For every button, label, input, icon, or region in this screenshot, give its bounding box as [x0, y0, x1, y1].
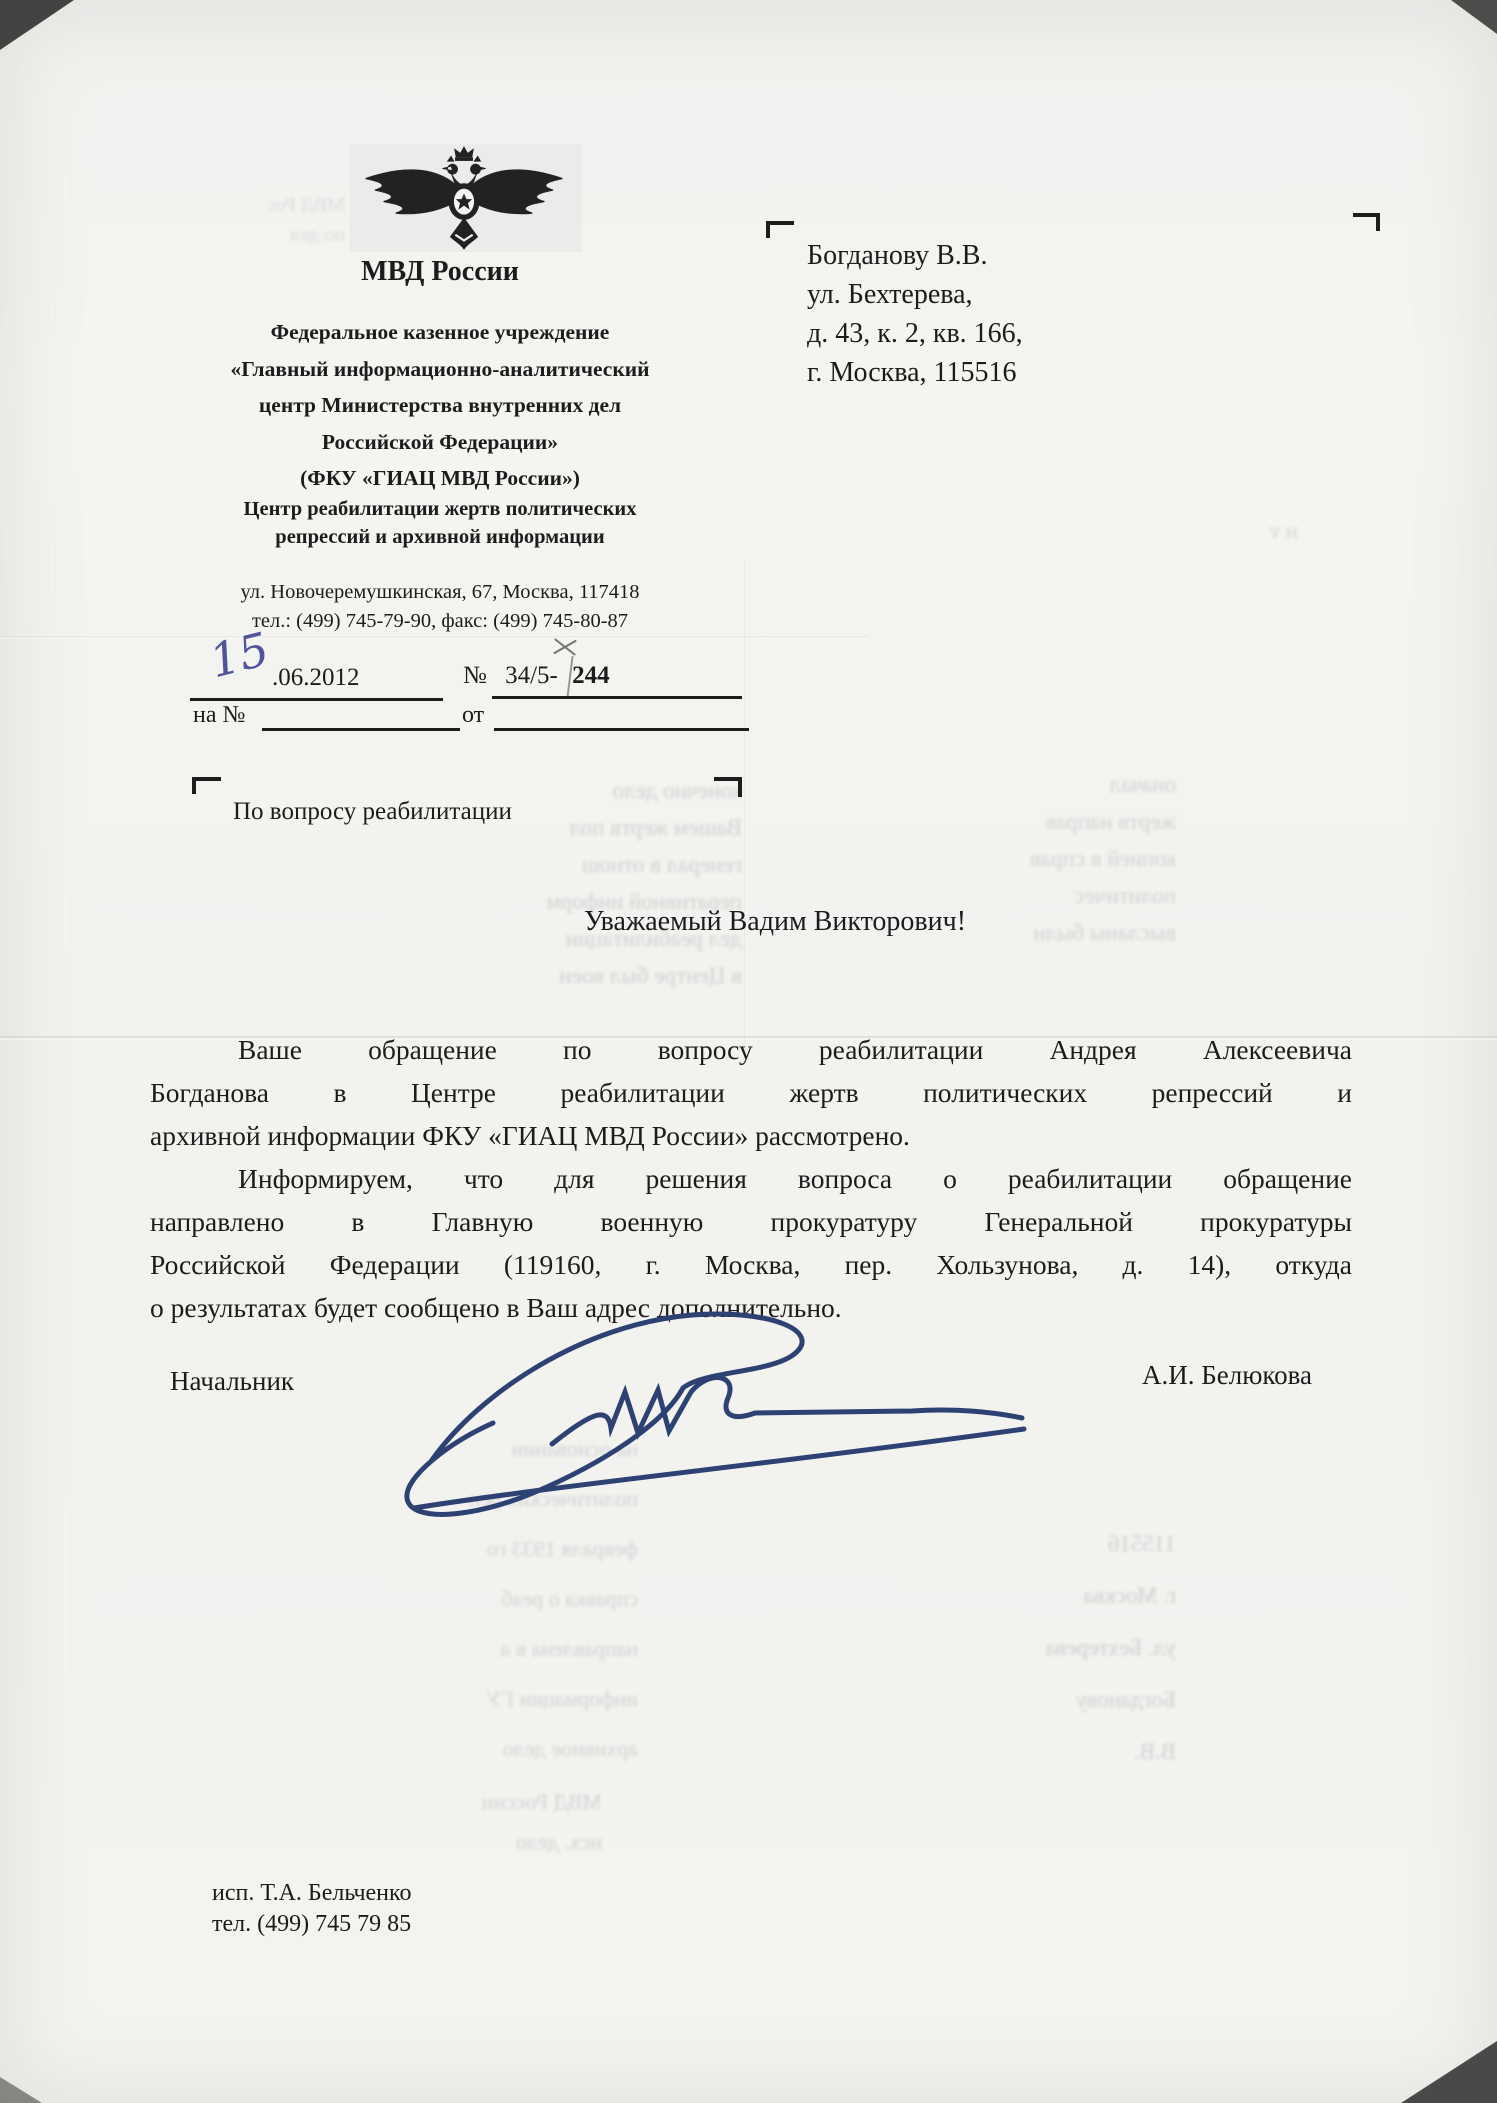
body-line: Ваше обращение по вопросу реабилитации А…	[150, 1028, 1352, 1071]
recipient-building: д. 43, к. 2, кв. 166,	[807, 314, 1023, 353]
number-underline	[492, 666, 742, 699]
recipient-street: ул. Бехтерева,	[807, 275, 1023, 314]
reply-date-underline	[494, 698, 749, 731]
body-line: Богданова в Центре реабилитации жертв по…	[150, 1071, 1352, 1114]
bleedthrough-text: МВД Роспо дел	[165, 190, 345, 250]
executor-block: исп. Т.А. Бельченко тел. (499) 745 79 85	[212, 1878, 411, 1940]
body-line: архивной информации ФКУ «ГИАЦ МВД России…	[150, 1114, 1352, 1157]
bleedthrough-text: и ν	[1128, 518, 1298, 544]
body-line: направлено в Главную военную прокуратуру…	[150, 1200, 1352, 1243]
department-name: Центр реабилитации жертв политических ре…	[130, 496, 750, 551]
signer-name: А.И. Белюкова	[1142, 1360, 1312, 1391]
dept-line: репрессий и архивной информации	[130, 524, 750, 552]
reply-number-underline	[262, 698, 460, 731]
reply-to-number-label: на №	[193, 702, 245, 729]
pen-scratch-mark	[552, 634, 578, 660]
scanned-letter-page: МВД Роспо дел и ν конечно делоВашем жерт…	[0, 0, 1497, 2103]
signature-ink	[407, 1314, 1024, 1514]
salutation: Уважаемый Вадим Викторович!	[400, 906, 1150, 938]
reply-from-label: от	[462, 702, 484, 729]
sender-address: ул. Новочеремушкинская, 67, Москва, 1174…	[130, 578, 750, 635]
bleedthrough-text: МВД Россииисх. дело	[302, 1782, 602, 1862]
recipient-address: Богданову В.В. ул. Бехтерева, д. 43, к. …	[807, 236, 1023, 392]
recipient-city: г. Москва, 115516	[807, 353, 1023, 392]
handwritten-signature	[352, 1292, 1052, 1527]
paper-fold-line	[0, 636, 868, 639]
org-full-name: Федеральное казенное учреждение «Главный…	[110, 314, 770, 497]
subject-corner-mark-left	[192, 777, 221, 794]
bleedthrough-text: 115516г. Москва ул. БехтереваБогданову В…	[846, 1518, 1176, 1778]
number-sign: №	[463, 662, 487, 689]
executor-phone: тел. (499) 745 79 85	[212, 1909, 411, 1940]
dept-line: Центр реабилитации жертв политических	[130, 496, 750, 524]
scan-corner-shadow	[1401, 2041, 1497, 2103]
org-line: (ФКУ «ГИАЦ МВД России»)	[110, 460, 770, 497]
recipient-corner-mark-left	[766, 221, 794, 238]
subject-line: По вопросу реабилитации	[233, 798, 512, 826]
recipient-corner-mark-right	[1353, 213, 1380, 231]
org-line: «Главный информационно-аналитический	[110, 351, 770, 388]
org-line: центр Министерства внутренних дел	[110, 387, 770, 424]
letter-body: Ваше обращение по вопросу реабилитации А…	[150, 1028, 1352, 1329]
recipient-name: Богданову В.В.	[807, 236, 1023, 275]
body-line: Российской Федерации (119160, г. Москва,…	[150, 1243, 1352, 1286]
body-line: Информируем, что для решения вопроса о р…	[150, 1157, 1352, 1200]
org-line: Федеральное казенное учреждение	[110, 314, 770, 351]
scan-corner-shadow	[0, 2077, 42, 2103]
scan-corner-shadow	[0, 0, 74, 50]
org-short-name: МВД России	[130, 256, 750, 288]
subject-corner-mark-right	[714, 777, 742, 797]
org-line: Российской Федерации»	[110, 424, 770, 461]
signer-position: Начальник	[170, 1366, 294, 1397]
address-line: ул. Новочеремушкинская, 67, Москва, 1174…	[130, 578, 750, 607]
executor-name: исп. Т.А. Бельченко	[212, 1878, 411, 1909]
scan-corner-shadow	[1451, 0, 1497, 34]
paper-fold-line	[744, 560, 747, 1060]
date-underline	[190, 668, 443, 701]
mvd-double-headed-eagle-icon	[356, 142, 572, 254]
